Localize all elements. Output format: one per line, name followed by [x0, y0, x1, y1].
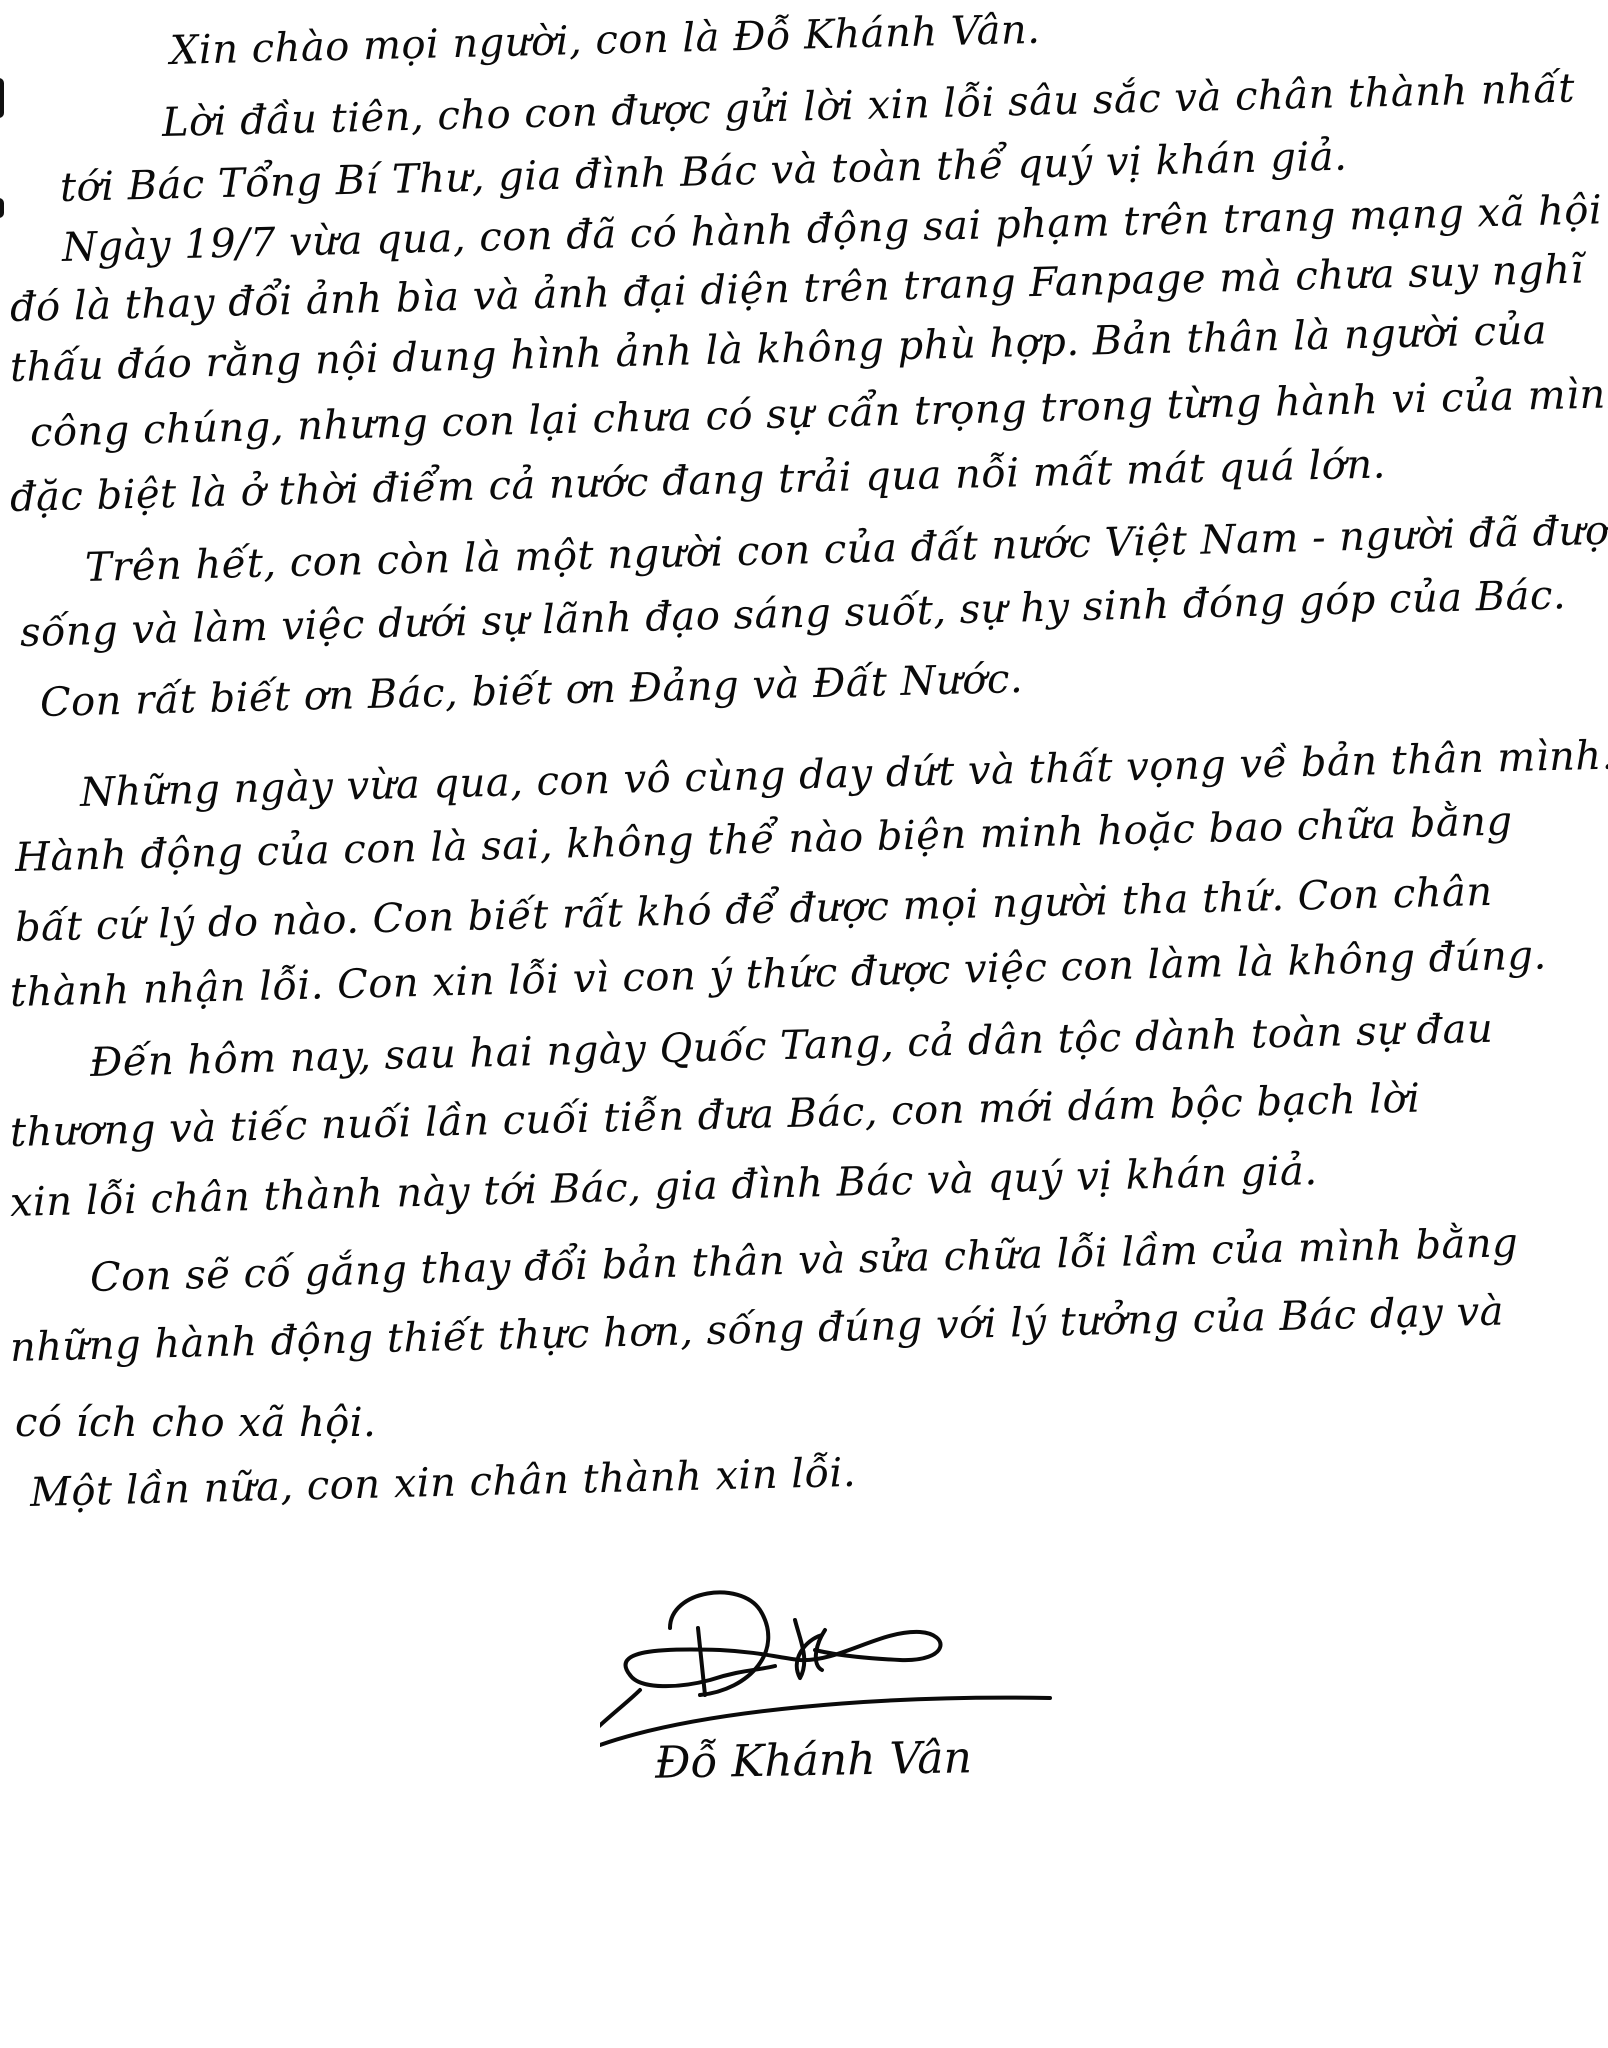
signature-printed-name: Đỗ Khánh Vân — [655, 1732, 973, 1789]
scan-edge-mark — [0, 198, 4, 218]
letter-line: đặc biệt là ở thời điểm cả nước đang trả… — [9, 441, 1386, 521]
letter-line: Một lần nữa, con xin chân thành xin lỗi. — [29, 1450, 856, 1516]
letter-line: thương và tiếc nuối lần cuối tiễn đưa Bá… — [9, 1076, 1420, 1156]
letter-page: Xin chào mọi người, con là Đỗ Khánh Vân.… — [0, 0, 1608, 2048]
letter-line: Con sẽ cố gắng thay đổi bản thân và sửa … — [89, 1220, 1518, 1301]
letter-line: Lời đầu tiên, cho con được gửi lời xin l… — [161, 65, 1575, 146]
letter-line: những hành động thiết thực hơn, sống đún… — [9, 1288, 1504, 1370]
letter-line: có ích cho xã hội. — [15, 1400, 376, 1446]
letter-line: Đến hôm nay, sau hai ngày Quốc Tang, cả … — [89, 1006, 1493, 1086]
letter-line: xin lỗi chân thành này tới Bác, gia đình… — [9, 1148, 1318, 1226]
letter-line: Con rất biết ơn Bác, biết ơn Đảng và Đất… — [39, 656, 1023, 726]
scan-edge-mark — [0, 78, 4, 118]
letter-line: Xin chào mọi người, con là Đỗ Khánh Vân. — [169, 7, 1040, 74]
